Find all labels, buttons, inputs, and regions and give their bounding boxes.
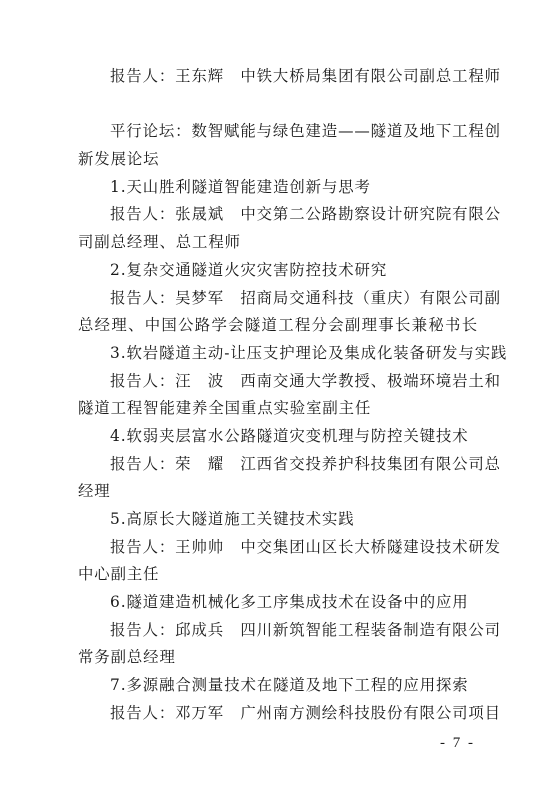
talk-title-1: 1.天山胜利隧道智能建造创新与思考 [78, 174, 478, 202]
speaker-line-7: 报告人：邓万军 广州南方测绘科技股份有限公司项目 [78, 700, 478, 728]
talk-title-3: 3.软岩隧道主动-让压支护理论及集成化装备研发与实践 [78, 340, 478, 368]
speaker-line-5-continuation: 中心副主任 [78, 561, 478, 589]
talk-title-5: 5.高原长大隧道施工关键技术实践 [78, 506, 478, 534]
speaker-line-3: 报告人：汪 波 西南交通大学教授、极端环境岩土和 [78, 368, 478, 396]
speaker-line-1: 报告人：张晟斌 中交第二公路勘察设计研究院有限公 [78, 201, 478, 229]
blank-line [78, 91, 478, 119]
speaker-line-3-continuation: 隧道工程智能建养全国重点实验室副主任 [78, 395, 478, 423]
speaker-line-4-continuation: 经理 [78, 478, 478, 506]
speaker-line-2: 报告人：吴梦军 招商局交通科技（重庆）有限公司副 [78, 285, 478, 313]
forum-title-line: 平行论坛：数智赋能与绿色建造——隧道及地下工程创 [78, 118, 478, 146]
page-number: - 7 - [440, 735, 475, 752]
talk-title-2: 2.复杂交通隧道火灾灾害防控技术研究 [78, 257, 478, 285]
talk-title-6: 6.隧道建造机械化多工序集成技术在设备中的应用 [78, 589, 478, 617]
speaker-line-6: 报告人：邱成兵 四川新筑智能工程装备制造有限公司 [78, 617, 478, 645]
forum-title-continuation: 新发展论坛 [78, 146, 478, 174]
talk-title-4: 4.软弱夹层富水公路隧道灾变机理与防控关键技术 [78, 423, 478, 451]
speaker-line: 报告人：王东辉 中铁大桥局集团有限公司副总工程师 [78, 63, 478, 91]
document-page: 报告人：王东辉 中铁大桥局集团有限公司副总工程师 平行论坛：数智赋能与绿色建造—… [78, 63, 478, 728]
speaker-line-6-continuation: 常务副总经理 [78, 644, 478, 672]
speaker-line-2-continuation: 总经理、中国公路学会隧道工程分会副理事长兼秘书长 [78, 312, 478, 340]
speaker-line-5: 报告人：王帅帅 中交集团山区长大桥隧建设技术研发 [78, 534, 478, 562]
speaker-line-4: 报告人：荣 耀 江西省交投养护科技集团有限公司总 [78, 451, 478, 479]
talk-title-7: 7.多源融合测量技术在隧道及地下工程的应用探索 [78, 672, 478, 700]
speaker-line-1-continuation: 司副总经理、总工程师 [78, 229, 478, 257]
